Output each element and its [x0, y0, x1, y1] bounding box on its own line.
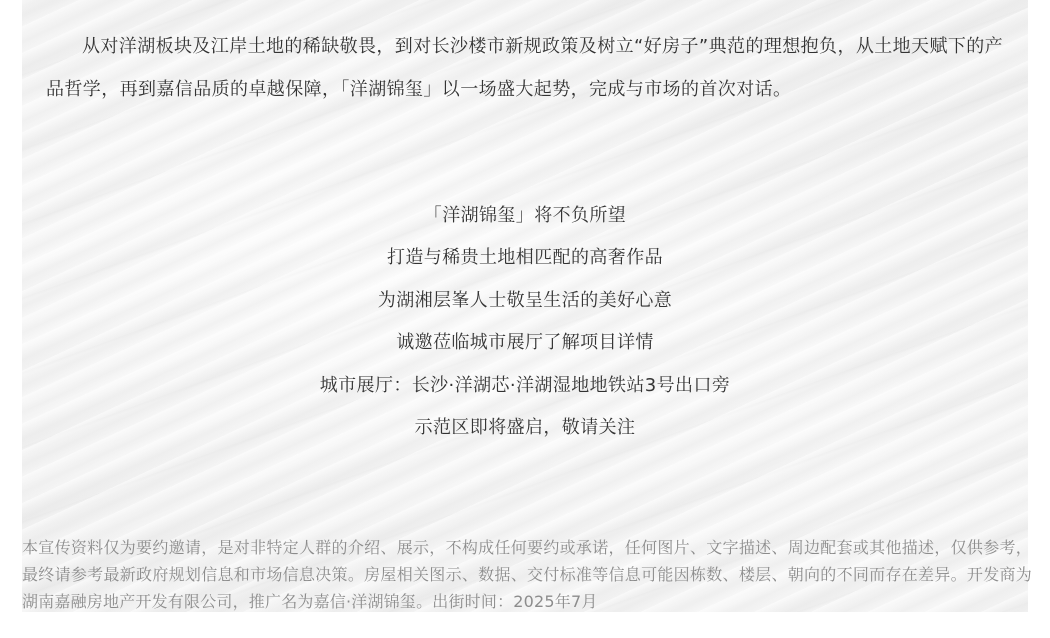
- invitation-lines: 「洋湖锦玺」将不负所望 打造与稀贵土地相匹配的高奢作品 为湖湘层峯人士敬呈生活的…: [22, 195, 1028, 449]
- invitation-line-life-offering: 为湖湘层峯人士敬呈生活的美好心意: [22, 280, 1028, 322]
- invitation-line-luxury-work: 打造与稀贵土地相匹配的高奢作品: [22, 237, 1028, 279]
- legal-disclaimer: 本宣传资料仅为要约邀请，是对非特定人群的介绍、展示，不构成任何要约或承诺，任何图…: [22, 534, 1032, 615]
- invitation-line-demo-area-opening: 示范区即将盛启，敬请关注: [22, 407, 1028, 449]
- invitation-line-showroom-address: 城市展厅：长沙·洋湖芯·洋湖湿地地铁站3号出口旁: [22, 365, 1028, 407]
- invitation-line-visit-showroom: 诚邀莅临城市展厅了解项目详情: [22, 322, 1028, 364]
- intro-paragraph: 从对洋湖板块及江岸土地的稀缺敬畏，到对长沙楼市新规政策及树立“好房子”典范的理想…: [46, 26, 1006, 111]
- invitation-line-project-promise: 「洋湖锦玺」将不负所望: [22, 195, 1028, 237]
